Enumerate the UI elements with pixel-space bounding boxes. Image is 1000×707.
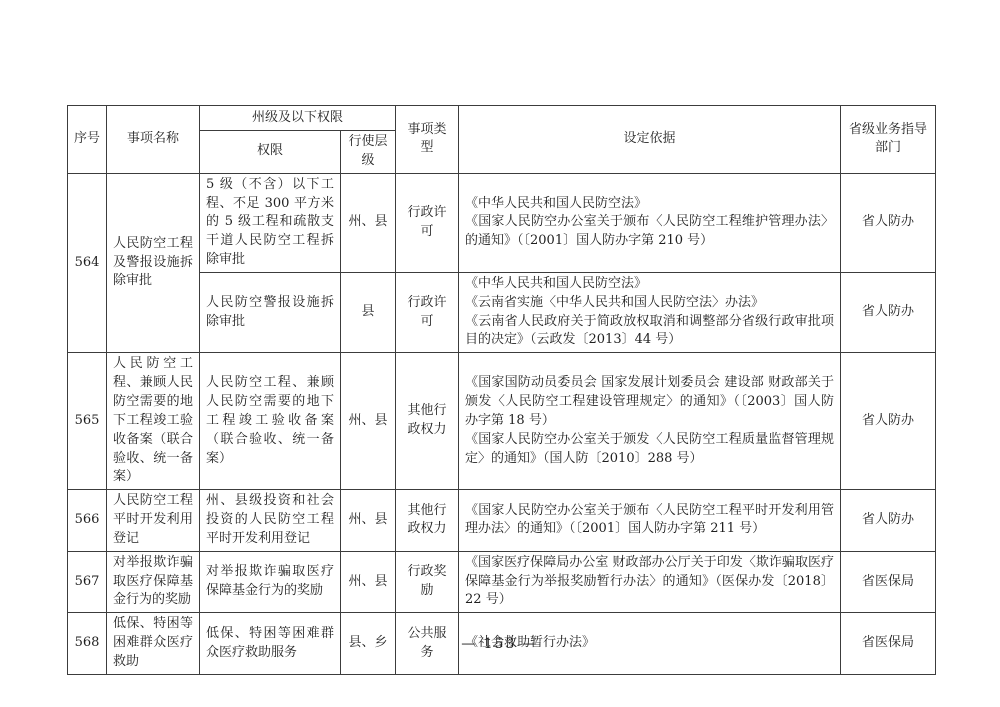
header-permission: 权限 [200,131,341,174]
cell-type: 行政许可 [396,272,459,352]
table-header-row-1: 序号 事项名称 州级及以下权限 事项类型 设定依据 省级业务指导部门 [68,106,936,131]
cell-type: 行政许可 [396,173,459,272]
cell-dept: 省人防办 [841,173,936,272]
table-row: 566 人民防空工程平时开发利用登记 州、县级投资和社会投资的人民防空工程平时开… [68,490,936,552]
basis-line: 《中华人民共和国人民防空法》 [465,275,834,294]
header-dept: 省级业务指导部门 [841,106,936,174]
cell-basis: 《中华人民共和国人民防空法》 《国家人民防空办公室关于颁布〈人民防空工程维护管理… [459,173,841,272]
cell-item-name: 人民防空工程、兼顾人民防空需要的地下工程竣工验收备案（联合验收、统一备案） [107,353,200,490]
cell-permission: 5 级（不含）以下工程、不足 300 平方米的 5 级工程和疏散支干道人民防空工… [200,173,341,272]
basis-line: 《国家医疗保障局办公室 财政部办公厅关于印发〈欺诈骗取医疗保障基金行为举报奖励暂… [465,554,834,611]
table-row: 565 人民防空工程、兼顾人民防空需要的地下工程竣工验收备案（联合验收、统一备案… [68,353,936,490]
cell-permission: 人民防空警报设施拆除审批 [200,272,341,352]
cell-level: 州、县 [341,353,396,490]
approval-items-table: 序号 事项名称 州级及以下权限 事项类型 设定依据 省级业务指导部门 权限 行使… [67,105,936,675]
cell-dept: 省人防办 [841,272,936,352]
cell-type: 行政奖励 [396,551,459,613]
cell-level: 州、县 [341,551,396,613]
cell-type: 其他行政权力 [396,490,459,552]
basis-line: 《国家人民防空办公室关于颁布〈人民防空工程维护管理办法〉的通知》（〔2001〕国… [465,213,834,251]
cell-item-name: 对举报欺诈骗取医疗保障基金行为的奖励 [107,551,200,613]
cell-permission: 州、县级投资和社会投资的人民防空工程平时开发利用登记 [200,490,341,552]
basis-line: 《国家人民防空办公室关于颁布〈人民防空工程平时开发利用管理办法〉的通知》（〔20… [465,502,834,540]
cell-dept: 省医保局 [841,551,936,613]
cell-dept: 省人防办 [841,353,936,490]
cell-seq: 564 [68,173,107,353]
basis-line: 《云南省人民政府关于简政放权取消和调整部分省级行政审批项目的决定》（云政发〔20… [465,313,834,351]
header-item-name: 事项名称 [107,106,200,174]
cell-basis: 《中华人民共和国人民防空法》 《云南省实施〈中华人民共和国人民防空法〉办法》 《… [459,272,841,352]
document-page: 序号 事项名称 州级及以下权限 事项类型 设定依据 省级业务指导部门 权限 行使… [0,0,1000,707]
cell-permission: 对举报欺诈骗取医疗保障基金行为的奖励 [200,551,341,613]
cell-seq: 565 [68,353,107,490]
table-row: 564 人民防空工程及警报设施拆除审批 5 级（不含）以下工程、不足 300 平… [68,173,936,272]
header-basis: 设定依据 [459,106,841,174]
cell-item-name: 人民防空工程及警报设施拆除审批 [107,173,200,353]
cell-seq: 567 [68,551,107,613]
cell-dept: 省人防办 [841,490,936,552]
cell-seq: 566 [68,490,107,552]
cell-level: 县 [341,272,396,352]
cell-basis: 《国家国防动员委员会 国家发展计划委员会 建设部 财政部关于颁发〈人民防空工程建… [459,353,841,490]
basis-line: 《国家人民防空办公室关于颁发〈人民防空工程质量监督管理规定〉的通知》（国人防〔2… [465,431,834,469]
cell-type: 其他行政权力 [396,353,459,490]
basis-line: 《中华人民共和国人民防空法》 [465,195,834,214]
header-level: 行使层级 [341,131,396,174]
basis-line: 《国家国防动员委员会 国家发展计划委员会 建设部 财政部关于颁发〈人民防空工程建… [465,374,834,431]
header-item-type: 事项类型 [396,106,459,174]
cell-level: 州、县 [341,173,396,272]
page-number: — 153 — [0,636,1000,652]
table-row: 567 对举报欺诈骗取医疗保障基金行为的奖励 对举报欺诈骗取医疗保障基金行为的奖… [68,551,936,613]
cell-item-name: 人民防空工程平时开发利用登记 [107,490,200,552]
basis-line: 《云南省实施〈中华人民共和国人民防空法〉办法》 [465,294,834,313]
header-authority-group: 州级及以下权限 [200,106,396,131]
cell-permission: 人民防空工程、兼顾人民防空需要的地下工程竣工验收备案（联合验收、统一备案） [200,353,341,490]
header-seq: 序号 [68,106,107,174]
cell-basis: 《国家医疗保障局办公室 财政部办公厅关于印发〈欺诈骗取医疗保障基金行为举报奖励暂… [459,551,841,613]
cell-level: 州、县 [341,490,396,552]
cell-basis: 《国家人民防空办公室关于颁布〈人民防空工程平时开发利用管理办法〉的通知》（〔20… [459,490,841,552]
